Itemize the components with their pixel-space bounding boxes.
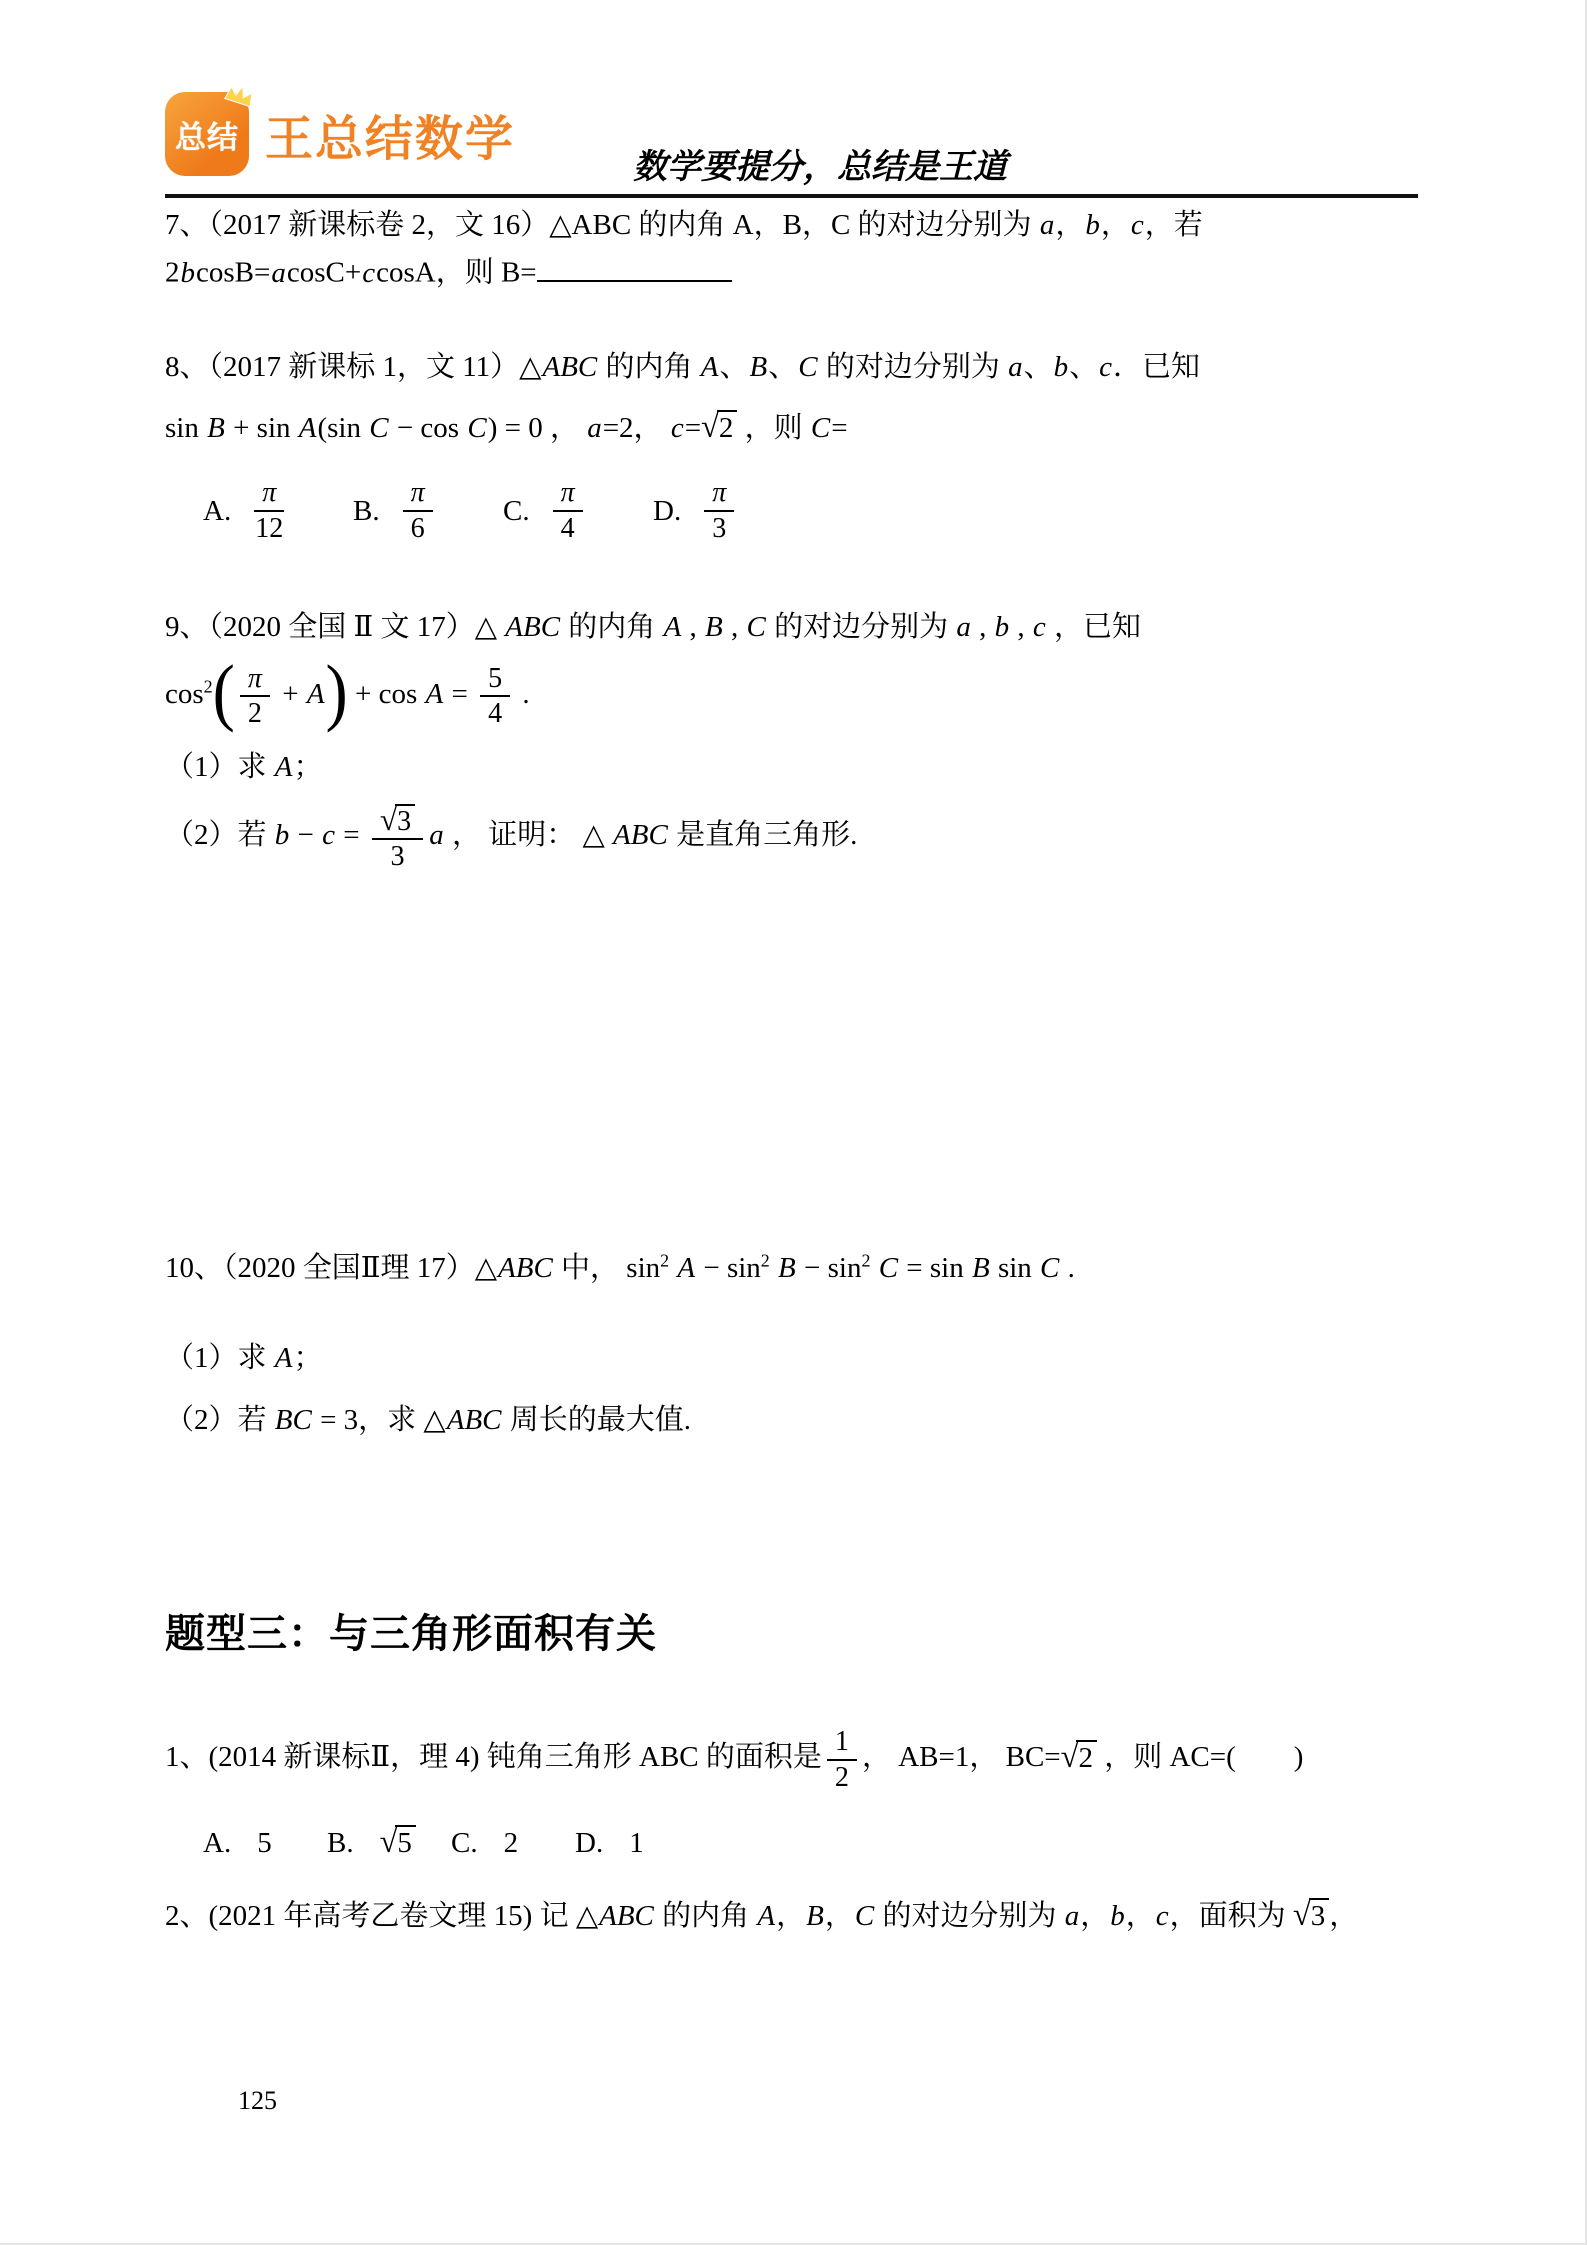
- problem-10-part-1: （1）求 A；: [165, 1339, 1418, 1377]
- radicand: 2: [717, 410, 738, 444]
- text: (sin: [317, 412, 368, 444]
- problem-9-formula: cos2(π2 + A) + cos A = 54 .: [165, 663, 1418, 730]
- math-variable: B: [704, 611, 724, 643]
- s3-problem-1-options: A.5B.√5C.2D.1: [165, 1821, 1418, 1864]
- text: 10、（2020 全国Ⅱ理 17）△: [165, 1252, 497, 1284]
- text: 的对边分别为: [875, 1900, 1064, 1932]
- text: 8、（2017 新课标 1，文 11）△: [165, 351, 541, 383]
- math-variable: C: [854, 1900, 875, 1932]
- text: ，: [1126, 1900, 1155, 1932]
- document-page: 总结 王总结数学 数学要提分，总结是王道 7、（2017 新课标卷 2，文 16…: [0, 0, 1587, 2245]
- text: ,: [724, 611, 746, 643]
- math-variable: C: [368, 412, 389, 444]
- math-variable: C: [797, 351, 818, 383]
- fraction-denominator: 12: [254, 512, 284, 545]
- text: 是直角三角形.: [669, 819, 858, 851]
- text: ,: [972, 611, 994, 643]
- math-variable: ABC: [446, 1404, 503, 1436]
- superscript: 2: [660, 1250, 669, 1270]
- text: ， AB=1， BC=: [862, 1742, 1061, 1774]
- math-variable: ABC: [497, 1252, 554, 1284]
- math-variable: c: [321, 819, 336, 851]
- option-label: A.: [203, 492, 231, 530]
- fraction-denominator: 2: [240, 697, 270, 730]
- math-variable: A: [274, 751, 294, 783]
- problem-7-line-2: 2bcosB=acosC+ccosA，则 B=: [165, 250, 1418, 292]
- text: ，: [825, 1900, 854, 1932]
- fraction: 12: [827, 1726, 857, 1793]
- text: ) = 0 ，: [488, 412, 587, 444]
- text: 2: [504, 1827, 519, 1859]
- text: =: [336, 819, 367, 851]
- option-value: π12: [249, 477, 289, 544]
- text: ，若: [1145, 209, 1203, 241]
- fraction-numerator: π: [403, 477, 433, 512]
- text: 的内角: [655, 1900, 757, 1932]
- section-heading: 题型三：与三角形面积有关: [165, 1608, 1418, 1661]
- math-variable: c: [1155, 1900, 1170, 1932]
- option-C: C.π4: [503, 477, 653, 544]
- math-variable: A: [676, 1252, 696, 1284]
- fraction-numerator: 5: [480, 663, 510, 698]
- text: − sin: [797, 1252, 862, 1284]
- option-B: B.√5: [327, 1821, 451, 1864]
- header-slogan: 数学要提分，总结是王道: [633, 139, 1007, 188]
- text: + cos: [348, 678, 425, 710]
- math-variable: b: [994, 611, 1011, 643]
- text: 1: [629, 1827, 644, 1859]
- option-label: D.: [575, 1824, 603, 1862]
- text: sin: [991, 1252, 1039, 1284]
- text: = sin: [899, 1252, 971, 1284]
- text: 5: [257, 1827, 272, 1859]
- text: =2，: [603, 412, 670, 444]
- problem-10-line-1: 10、（2020 全国Ⅱ理 17）△ABC 中， sin2 A − sin2 B…: [165, 1249, 1418, 1287]
- text: +: [275, 678, 306, 710]
- fraction: √33: [372, 802, 423, 873]
- text: = 3，求 △: [313, 1404, 446, 1436]
- brand-logo-badge-text: 总结: [175, 112, 239, 157]
- option-label: C.: [503, 492, 530, 530]
- text: =: [444, 678, 475, 710]
- text: 1、(2014 新课标Ⅱ，理 4) 钝角三角形 ABC 的面积是: [165, 1742, 822, 1774]
- text: ；: [293, 751, 322, 783]
- text: 的内角: [598, 351, 700, 383]
- math-variable: a: [1039, 209, 1056, 241]
- square-root: √2: [701, 406, 737, 449]
- fraction-denominator: 4: [553, 512, 583, 545]
- text: （2）若: [165, 1404, 274, 1436]
- text: （2）若: [165, 819, 274, 851]
- document-body: 7、（2017 新课标卷 2，文 16）△ABC 的内角 A，B，C 的对边分别…: [165, 206, 1418, 1937]
- option-A: A.π12: [203, 477, 353, 544]
- problem-8-line-2: sin B + sin A(sin C − cos C) = 0 ， a=2， …: [165, 406, 1418, 449]
- math-variable: a: [586, 412, 603, 444]
- math-variable: B: [805, 1900, 825, 1932]
- s3-problem-2-line-1: 2、(2021 年高考乙卷文理 15) 记 △ABC 的内角 A，B，C 的对边…: [165, 1894, 1418, 1937]
- text: .: [515, 678, 530, 710]
- brand-logo: 总结 王总结数学: [165, 92, 515, 176]
- text: 、: [768, 351, 797, 383]
- problem-9-line-1: 9、（2020 全国 Ⅱ 文 17）△ ABC 的内角 A , B , C 的对…: [165, 608, 1418, 646]
- radicand: 2: [1076, 1740, 1097, 1774]
- math-variable: ABC: [541, 351, 598, 383]
- math-variable: BC: [274, 1404, 313, 1436]
- text: =: [831, 412, 847, 444]
- fraction-numerator: π: [254, 477, 284, 512]
- fraction-denominator: 3: [704, 512, 734, 545]
- superscript: 2: [204, 676, 213, 696]
- problem-9-part-2: （2）若 b − c = √33a ， 证明： △ ABC 是直角三角形.: [165, 802, 1418, 873]
- math-variable: C: [810, 412, 831, 444]
- option-label: B.: [327, 1824, 354, 1862]
- text: 、: [720, 351, 749, 383]
- math-variable: a: [955, 611, 972, 643]
- option-value: 1: [629, 1824, 644, 1862]
- fraction: π6: [403, 477, 433, 544]
- text: .: [1060, 1252, 1075, 1284]
- text: ,: [1010, 611, 1032, 643]
- text: ，则 AC=( ): [1097, 1742, 1303, 1774]
- text: ，: [1080, 1900, 1109, 1932]
- problem-8-line-1: 8、（2017 新课标 1，文 11）△ABC 的内角 A、B、C 的对边分别为…: [165, 348, 1418, 386]
- option-value: π6: [398, 477, 438, 544]
- math-variable: c: [1098, 351, 1113, 383]
- text: 的内角: [561, 611, 663, 643]
- option-C: C.2: [451, 1824, 575, 1862]
- text: 9、（2020 全国 Ⅱ 文 17）△: [165, 611, 504, 643]
- option-B: B.π6: [353, 477, 503, 544]
- fraction-numerator: π: [240, 663, 270, 698]
- fraction-denominator: 2: [827, 1761, 857, 1794]
- text: cosC+: [287, 257, 361, 289]
- text: ， 证明： △: [445, 819, 612, 851]
- math-variable: ABC: [598, 1900, 655, 1932]
- text: ，: [1329, 1900, 1358, 1932]
- math-variable: a: [428, 819, 445, 851]
- math-variable: b: [274, 819, 291, 851]
- brand-name: 王总结数学: [265, 100, 515, 169]
- square-root: √2: [1061, 1736, 1097, 1779]
- text: ，已知: [1047, 611, 1141, 643]
- option-label: A.: [203, 1824, 231, 1862]
- fraction-denominator: 4: [480, 697, 510, 730]
- option-D: D.π3: [653, 477, 803, 544]
- header-rule: [165, 194, 1418, 198]
- math-variable: C: [466, 412, 487, 444]
- math-variable: B: [749, 351, 769, 383]
- text: 的对边分别为: [767, 611, 956, 643]
- option-A: A.5: [203, 1824, 327, 1862]
- text: ，: [1101, 209, 1130, 241]
- fraction: π3: [704, 477, 734, 544]
- crown-icon: [221, 79, 259, 112]
- option-value: π3: [699, 477, 739, 544]
- text: ，: [776, 1900, 805, 1932]
- problem-8-options: A.π12B.π6C.π4D.π3: [165, 477, 1418, 544]
- math-variable: a: [270, 257, 287, 289]
- text: cosB=: [196, 257, 270, 289]
- page-number: 125: [238, 2086, 277, 2116]
- problem-9-part-1: （1）求 A；: [165, 748, 1418, 786]
- text: 、: [1069, 351, 1098, 383]
- text: − sin: [696, 1252, 761, 1284]
- math-variable: C: [1039, 1252, 1060, 1284]
- problem-7-line-1: 7、（2017 新课标卷 2，文 16）△ABC 的内角 A，B，C 的对边分别…: [165, 206, 1418, 244]
- text: （1）求: [165, 751, 274, 783]
- text: ；: [293, 1342, 322, 1374]
- math-variable: C: [746, 611, 767, 643]
- text: ．已知: [1113, 351, 1200, 383]
- math-variable: a: [1007, 351, 1024, 383]
- text: cosA，则 B=: [376, 257, 537, 289]
- fraction-numerator: 1: [827, 1726, 857, 1761]
- answer-blank: [537, 250, 732, 282]
- problem-10-part-2: （2）若 BC = 3，求 △ABC 周长的最大值.: [165, 1401, 1418, 1439]
- text: ，则: [737, 412, 810, 444]
- math-variable: c: [1032, 611, 1047, 643]
- brand-logo-icon: 总结: [165, 92, 249, 176]
- fraction: π4: [553, 477, 583, 544]
- math-variable: B: [971, 1252, 991, 1284]
- fraction-numerator: √3: [372, 802, 423, 841]
- option-label: C.: [451, 1824, 478, 1862]
- fraction-denominator: 6: [403, 512, 433, 545]
- option-label: B.: [353, 492, 380, 530]
- text: ,: [682, 611, 704, 643]
- fraction-numerator: π: [553, 477, 583, 512]
- radicand: 3: [1309, 1898, 1330, 1932]
- square-root: √3: [380, 802, 415, 838]
- fraction-numerator: π: [704, 477, 734, 512]
- math-variable: A: [425, 678, 445, 710]
- text: 7、（2017 新课标卷 2，文 16）△ABC 的内角 A，B，C 的对边分别…: [165, 209, 1039, 241]
- radicand: 5: [395, 1825, 416, 1859]
- square-root: √5: [380, 1821, 416, 1864]
- math-variable: A: [274, 1342, 294, 1374]
- math-variable: A: [298, 412, 318, 444]
- square-root: √3: [1293, 1894, 1329, 1937]
- text: cos: [165, 678, 204, 710]
- text: + sin: [226, 412, 298, 444]
- math-variable: C: [878, 1252, 899, 1284]
- math-variable: c: [361, 257, 376, 289]
- text: [870, 1252, 877, 1284]
- math-variable: B: [777, 1252, 797, 1284]
- text: [770, 1252, 777, 1284]
- fraction-denominator: 3: [372, 840, 423, 873]
- math-variable: b: [180, 257, 197, 289]
- text: =: [685, 412, 701, 444]
- text: 、: [1024, 351, 1053, 383]
- math-variable: c: [670, 412, 685, 444]
- math-variable: A: [663, 611, 683, 643]
- math-variable: a: [1064, 1900, 1081, 1932]
- page-header: 总结 王总结数学 数学要提分，总结是王道: [165, 92, 1418, 188]
- option-value: 5: [257, 1824, 272, 1862]
- option-D: D.1: [575, 1824, 699, 1862]
- text: ，: [1055, 209, 1084, 241]
- text: 2、(2021 年高考乙卷文理 15) 记 △: [165, 1900, 598, 1932]
- text: 周长的最大值.: [503, 1404, 692, 1436]
- s3-problem-1-line-1: 1、(2014 新课标Ⅱ，理 4) 钝角三角形 ABC 的面积是12， AB=1…: [165, 1726, 1418, 1793]
- text: （1）求: [165, 1342, 274, 1374]
- text: 的对边分别为: [819, 351, 1008, 383]
- option-value: π4: [548, 477, 588, 544]
- text: sin: [165, 412, 206, 444]
- fraction: π2: [240, 663, 270, 730]
- text: 2: [165, 257, 180, 289]
- option-label: D.: [653, 492, 681, 530]
- math-variable: B: [206, 412, 226, 444]
- option-value: √5: [380, 1821, 416, 1864]
- text: − cos: [390, 412, 467, 444]
- fraction: π12: [254, 477, 284, 544]
- math-variable: ABC: [612, 819, 669, 851]
- math-variable: A: [306, 678, 326, 710]
- superscript: 2: [761, 1250, 770, 1270]
- math-variable: A: [700, 351, 720, 383]
- math-variable: b: [1109, 1900, 1126, 1932]
- math-variable: ABC: [504, 611, 561, 643]
- math-variable: b: [1084, 209, 1101, 241]
- option-value: 2: [504, 1824, 519, 1862]
- math-variable: A: [756, 1900, 776, 1932]
- radicand: 3: [395, 804, 415, 837]
- text: 中， sin: [554, 1252, 660, 1284]
- fraction: 54: [480, 663, 510, 730]
- text: ，面积为: [1170, 1900, 1293, 1932]
- text: −: [290, 819, 321, 851]
- math-variable: b: [1053, 351, 1070, 383]
- math-variable: c: [1130, 209, 1145, 241]
